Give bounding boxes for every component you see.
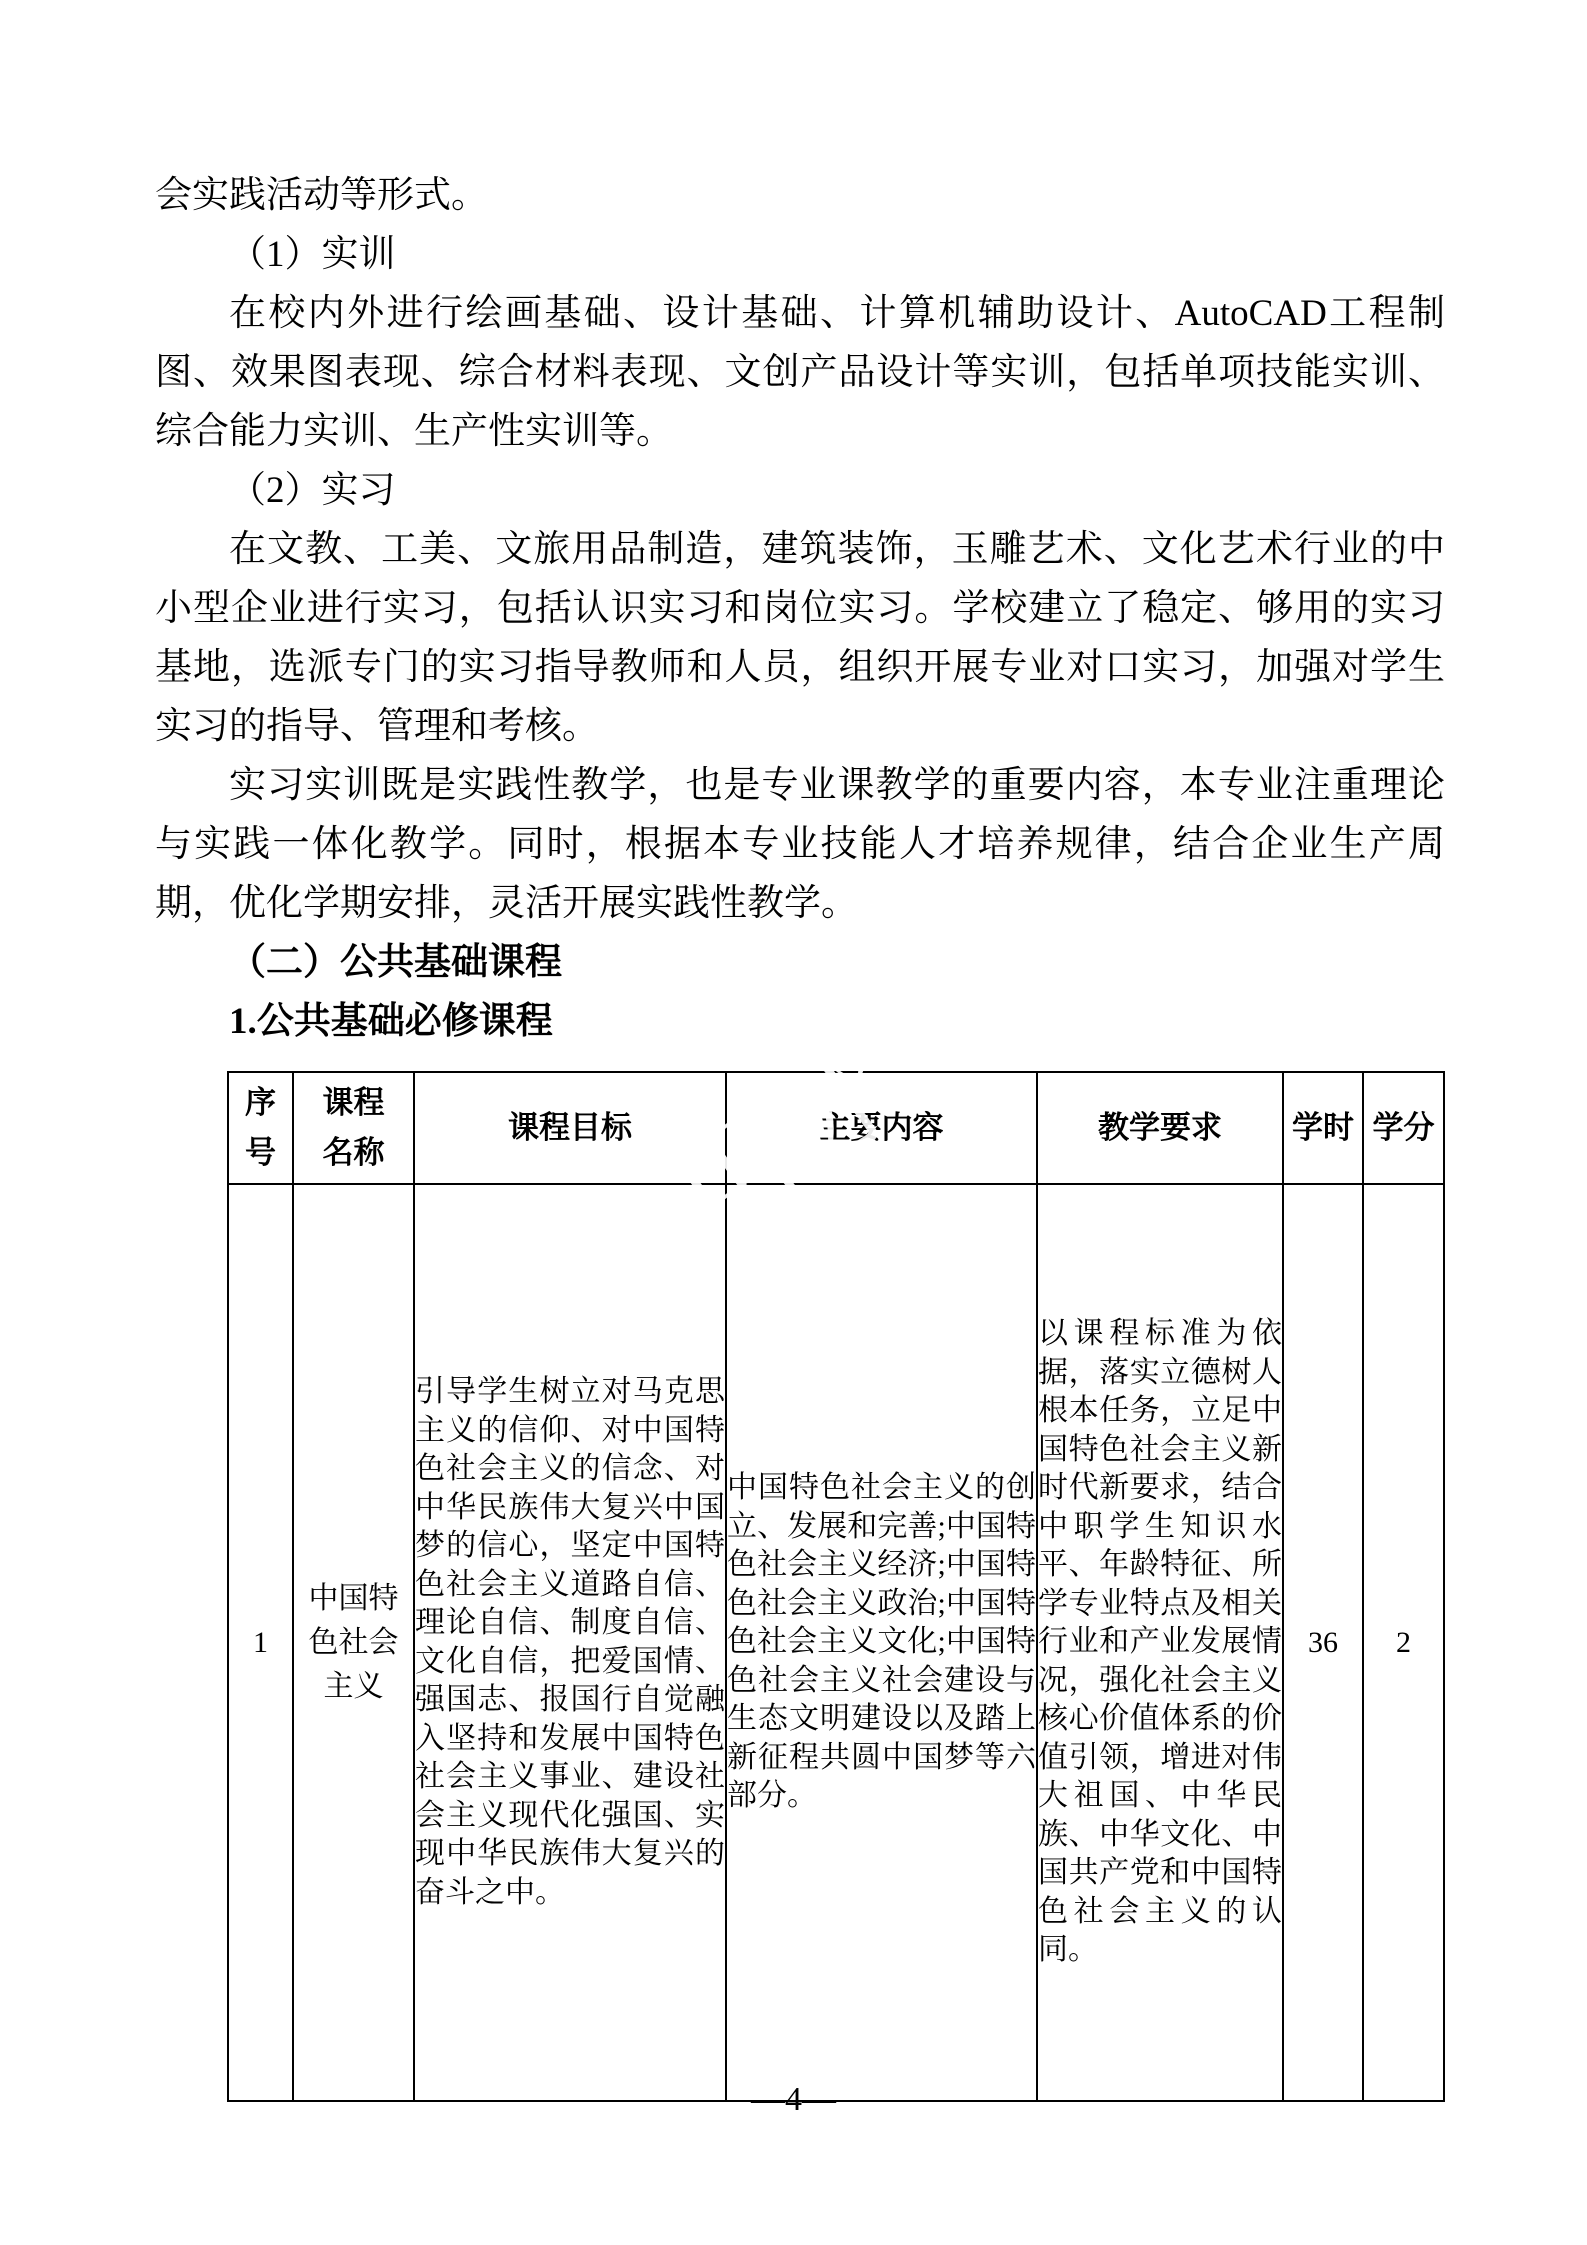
header-course-objective: 课程目标 <box>414 1072 726 1184</box>
header-credits: 学分 <box>1363 1072 1444 1184</box>
header-seq-label: 序号 <box>243 1078 277 1178</box>
subheading-internship: （2）实习 <box>155 461 1445 520</box>
section-heading-public-basic-courses: （二）公共基础课程 <box>155 933 1445 992</box>
cell-teaching-requirement: 以课程标准为依据，落实立德树人根本任务，立足中国特色社会主义新时代新要求，结合中… <box>1037 1184 1283 2101</box>
cell-course-objective: 引导学生树立对马克思主义的信仰、对中国特色社会主义的信念、对中华民族伟大复兴中国… <box>414 1184 726 2101</box>
public-basic-required-courses-table: 序号 课程名称 课程目标 主要内容 教学要求 学时 学分 1 中国特色社会主义 … <box>227 1071 1445 2102</box>
table-row: 1 中国特色社会主义 引导学生树立对马克思主义的信仰、对中国特色社会主义的信念、… <box>228 1184 1444 2101</box>
subsection-heading-required-courses: 1.公共基础必修课程 <box>155 992 1445 1051</box>
paragraph-summary: 实习实训既是实践性教学，也是专业课教学的重要内容，本专业注重理论与实践一体化教学… <box>155 756 1445 933</box>
cell-course-name: 中国特色社会主义 <box>293 1184 414 2101</box>
paragraph-internship: 在文教、工美、文旅用品制造，建筑装饰，玉雕艺术、文化艺术行业的中小型企业进行实习… <box>155 520 1445 756</box>
header-class-hours: 学时 <box>1283 1072 1363 1184</box>
paragraph-practical-training: 在校内外进行绘画基础、设计基础、计算机辅助设计、AutoCAD工程制图、效果图表… <box>155 284 1445 461</box>
course-table-container: 序号 课程名称 课程目标 主要内容 教学要求 学时 学分 1 中国特色社会主义 … <box>227 1071 1445 2102</box>
cell-credits: 2 <box>1363 1184 1444 2101</box>
cell-seq: 1 <box>228 1184 293 2101</box>
header-teaching-requirement: 教学要求 <box>1037 1072 1283 1184</box>
document-page: 会实践活动等形式。 （1）实训 在校内外进行绘画基础、设计基础、计算机辅助设计、… <box>0 0 1587 2245</box>
header-course-name-label: 课程名称 <box>319 1078 387 1178</box>
header-seq: 序号 <box>228 1072 293 1184</box>
subheading-practical-training: （1）实训 <box>155 225 1445 284</box>
cell-class-hours: 36 <box>1283 1184 1363 2101</box>
page-number: —4— <box>0 2078 1587 2122</box>
cell-main-content: 中国特色社会主义的创立、发展和完善;中国特色社会主义经济;中国特色社会主义政治;… <box>726 1184 1037 2101</box>
document-body: 会实践活动等形式。 （1）实训 在校内外进行绘画基础、设计基础、计算机辅助设计、… <box>155 166 1445 2102</box>
header-course-name: 课程名称 <box>293 1072 414 1184</box>
header-main-content: 主要内容 <box>726 1072 1037 1184</box>
paragraph-carryover: 会实践活动等形式。 <box>155 166 1445 225</box>
table-header-row: 序号 课程名称 课程目标 主要内容 教学要求 学时 学分 <box>228 1072 1444 1184</box>
